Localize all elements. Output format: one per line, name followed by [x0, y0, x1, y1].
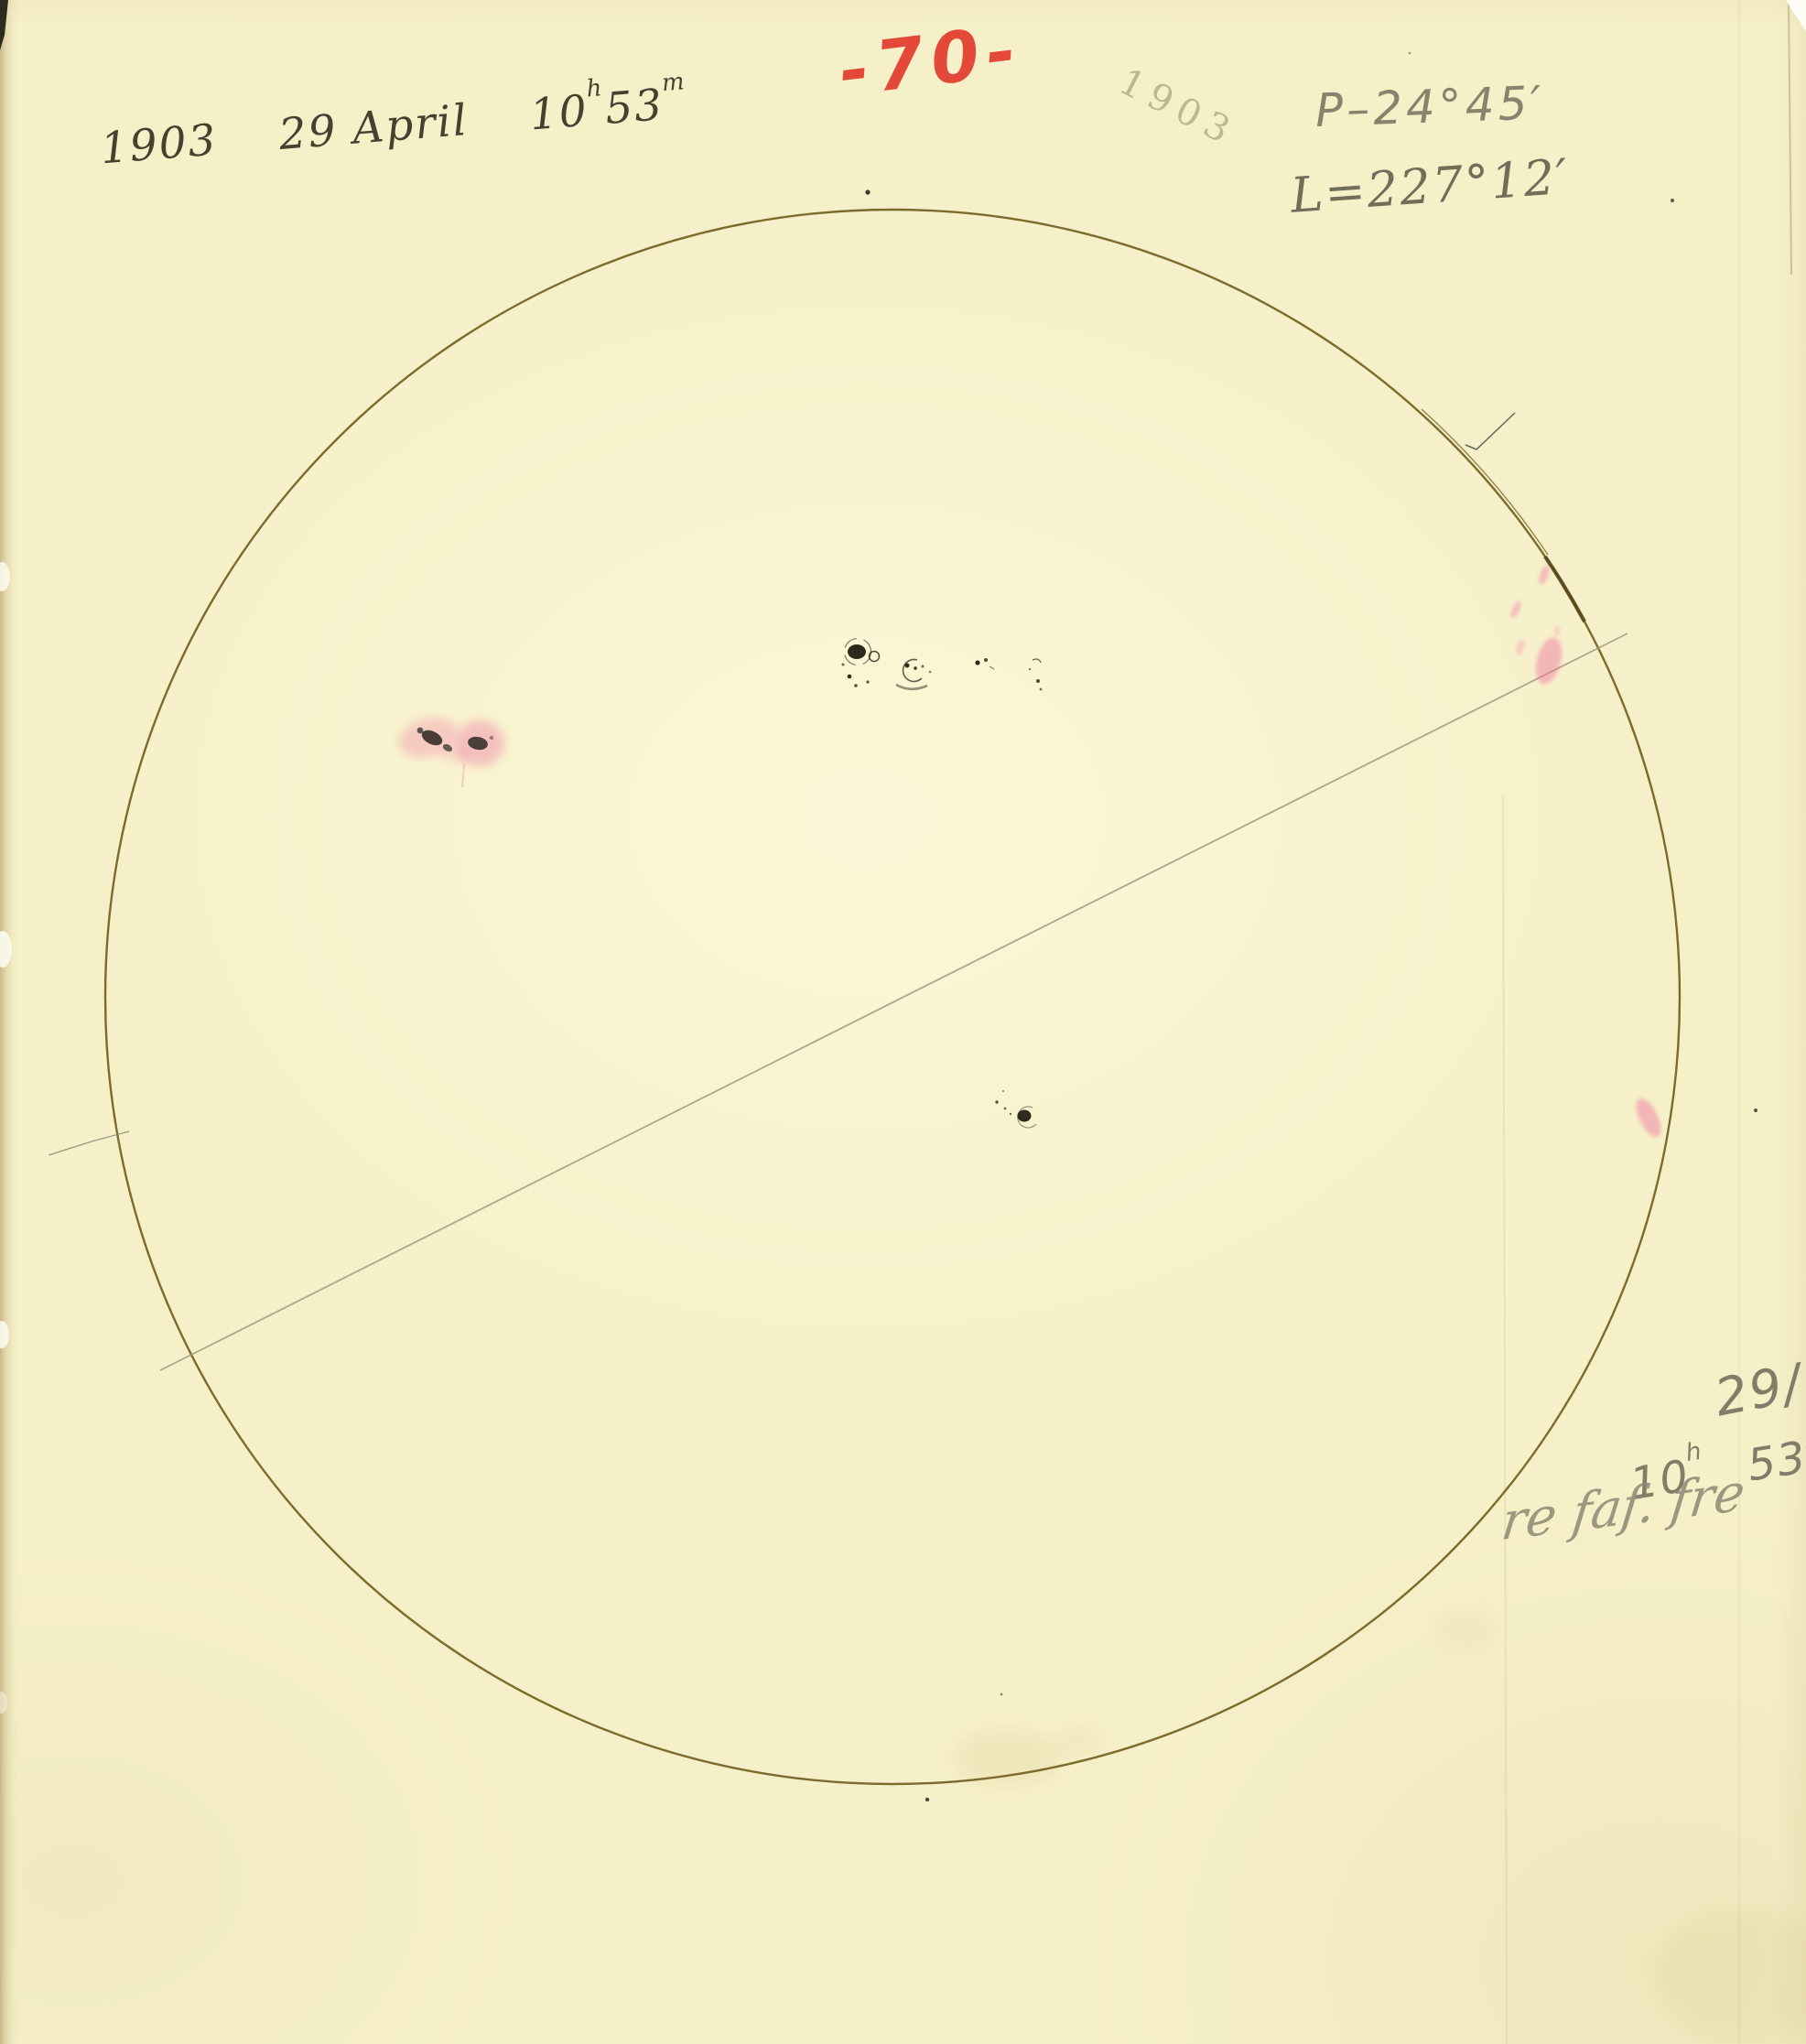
paper-stains: [952, 1611, 1806, 2044]
sunspot-mark: [995, 1100, 998, 1103]
sunspot-mark: [929, 671, 932, 674]
pencil-time-min: 53′: [1744, 1430, 1806, 1492]
drawing-layer: [0, 0, 1806, 2044]
sunspot-pair-west: [395, 712, 504, 787]
pencil-time-sup: h: [1683, 1437, 1704, 1468]
disk-outline-reinforced-segment: [1545, 557, 1584, 622]
observation-date-text: 1903 29 April 10: [99, 86, 590, 175]
chalk-mark-southeast-limb: [1631, 1095, 1666, 1141]
sunspot-core: [417, 728, 424, 734]
sunspot-mark: [842, 664, 845, 666]
sunspot-mark: [1036, 679, 1040, 683]
position-angle-value: P–24°45′: [1314, 76, 1546, 137]
observation-minute: 53: [603, 80, 665, 135]
sunspot-crescent: [903, 659, 922, 681]
sunspot-mark: [1010, 1113, 1011, 1115]
sunspot-mark: [922, 665, 925, 668]
scanned-observation-sheet: 1903 29 April 10h53m -70- 1903 P–24°45′ …: [0, 0, 1806, 2044]
sunspot-core: [490, 736, 493, 740]
transversal-pencil-line: [160, 633, 1628, 1370]
chalk-marks-east-limb: [1509, 564, 1566, 687]
sunspot-mark: [1033, 659, 1041, 663]
sunspot-mark: [975, 660, 979, 665]
sunspot-mark: [1004, 1108, 1007, 1110]
sunspot-mark: [990, 666, 994, 669]
paper-left-torn-edge: [0, 0, 13, 2044]
sunspot-mark: [1029, 668, 1031, 670]
sunspot-mark: [1040, 688, 1043, 691]
sunspot-mark: [848, 644, 866, 659]
sunspot-mark: [1002, 1090, 1004, 1092]
paper-right-edge: [1786, 0, 1806, 275]
scan-creases: [1503, 0, 1739, 2044]
minute-superscript: m: [661, 68, 687, 97]
solar-disk-outline: [105, 210, 1680, 1784]
sunspot-mark: [914, 666, 917, 670]
hour-superscript: h: [586, 74, 605, 103]
sunspot-mark: [854, 684, 858, 687]
sunspot-group-north-center: [842, 639, 1043, 691]
sunspot-mark: [848, 675, 852, 679]
sunspot-mark: [905, 664, 910, 668]
sunspot-south-center: [995, 1090, 1036, 1128]
sunspot-mark: [984, 658, 988, 662]
sunspot-smudge: [896, 685, 927, 689]
sunspot-mark: [866, 680, 869, 683]
fiducial-tick-left: [49, 1131, 129, 1155]
fiducial-tick-upper-right: [1465, 413, 1515, 449]
